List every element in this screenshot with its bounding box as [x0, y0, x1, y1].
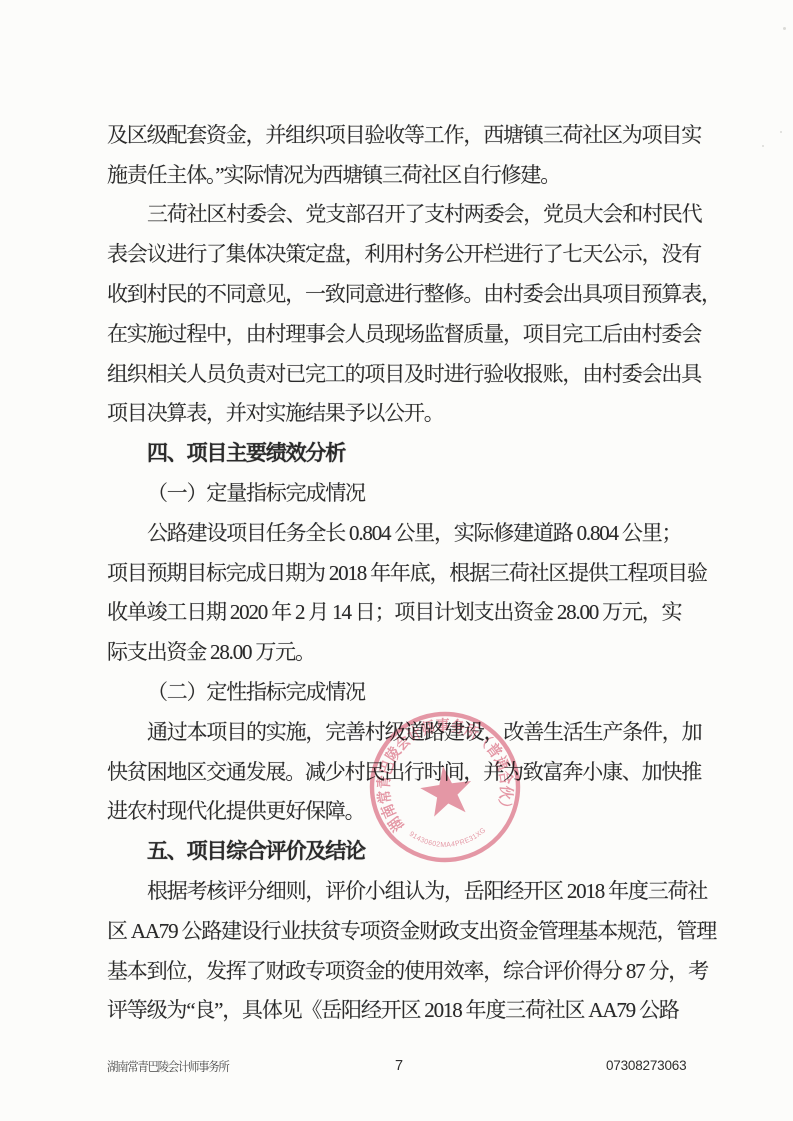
text-line: 通过本项目的实施，完善村级道路建设，改善生活生产条件，加 — [107, 711, 727, 751]
footer: 湖南常青巴陵会计师事务所 7 07308273063 — [0, 1052, 793, 1084]
footer-page-number: 7 — [395, 1058, 403, 1074]
text-line: 在实施过程中，由村理事会人员现场监督质量，项目完工后由村委会 — [107, 313, 727, 353]
text-line: 公路建设项目任务全长 0.804 公里，实际修建道路 0.804 公里； — [107, 512, 727, 552]
scan-artifact — [780, 131, 782, 133]
text-line: 进农村现代化提供更好保障。 — [107, 791, 727, 831]
text-line: 评等级为“良”，具体见《岳阳经开区 2018 年度三荷社区 AA79 公路 — [107, 990, 727, 1030]
text-line: 及区级配套资金，并组织项目验收等工作，西塘镇三荷社区为项目实 — [107, 114, 727, 154]
text-line: 根据考核评分细则，评价小组认为，岳阳经开区 2018 年度三荷社 — [107, 870, 727, 910]
text-line: 区 AA79 公路建设行业扶贫专项资金财政支出资金管理基本规范，管理 — [107, 910, 727, 950]
text-line: 项目决算表，并对实施结果予以公开。 — [107, 393, 727, 433]
text-line: 基本到位，发挥了财政专项资金的使用效率，综合评价得分 87 分，考 — [107, 950, 727, 990]
text-line: （一）定量指标完成情况 — [107, 472, 727, 512]
text-line: 际支出资金 28.00 万元。 — [107, 631, 727, 671]
text-line: 施责任主体。”实际情况为西塘镇三荷社区自行修建。 — [107, 154, 727, 194]
text-line: 组织相关人员负责对已完工的项目及时进行验收报账，由村委会出具 — [107, 353, 727, 393]
section-heading-line: 四、项目主要绩效分析 — [107, 432, 727, 472]
text-line: 项目预期目标完成日期为 2018 年年底，根据三荷社区提供工程项目验 — [107, 552, 727, 592]
section-heading-line: 五、项目综合评价及结论 — [107, 830, 727, 870]
text-line: 快贫困地区交通发展。减少村民出行时间，并为致富奔小康、加快推 — [107, 751, 727, 791]
body-text: 及区级配套资金，并组织项目验收等工作，西塘镇三荷社区为项目实施责任主体。”实际情… — [107, 114, 727, 1029]
scan-artifact — [783, 27, 786, 30]
text-line: 收单竣工日期 2020 年 2 月 14 日；项目计划支出资金 28.00 万元… — [107, 592, 727, 632]
text-line: 表会议进行了集体决策定盘，利用村务公开栏进行了七天公示，没有 — [107, 233, 727, 273]
text-line: 收到村民的不同意见，一致同意进行整修。由村委会出具项目预算表， — [107, 273, 727, 313]
text-line: 三荷社区村委会、党支部召开了支村两委会，党员大会和村民代 — [107, 194, 727, 234]
document-page: 及区级配套资金，并组织项目验收等工作，西塘镇三荷社区为项目实施责任主体。”实际情… — [0, 0, 793, 1121]
footer-code-number: 07308273063 — [606, 1058, 686, 1073]
scan-artifact — [762, 145, 764, 147]
footer-firm-name: 湖南常青巴陵会计师事务所 — [107, 1057, 228, 1075]
text-line: （二）定性指标完成情况 — [107, 671, 727, 711]
